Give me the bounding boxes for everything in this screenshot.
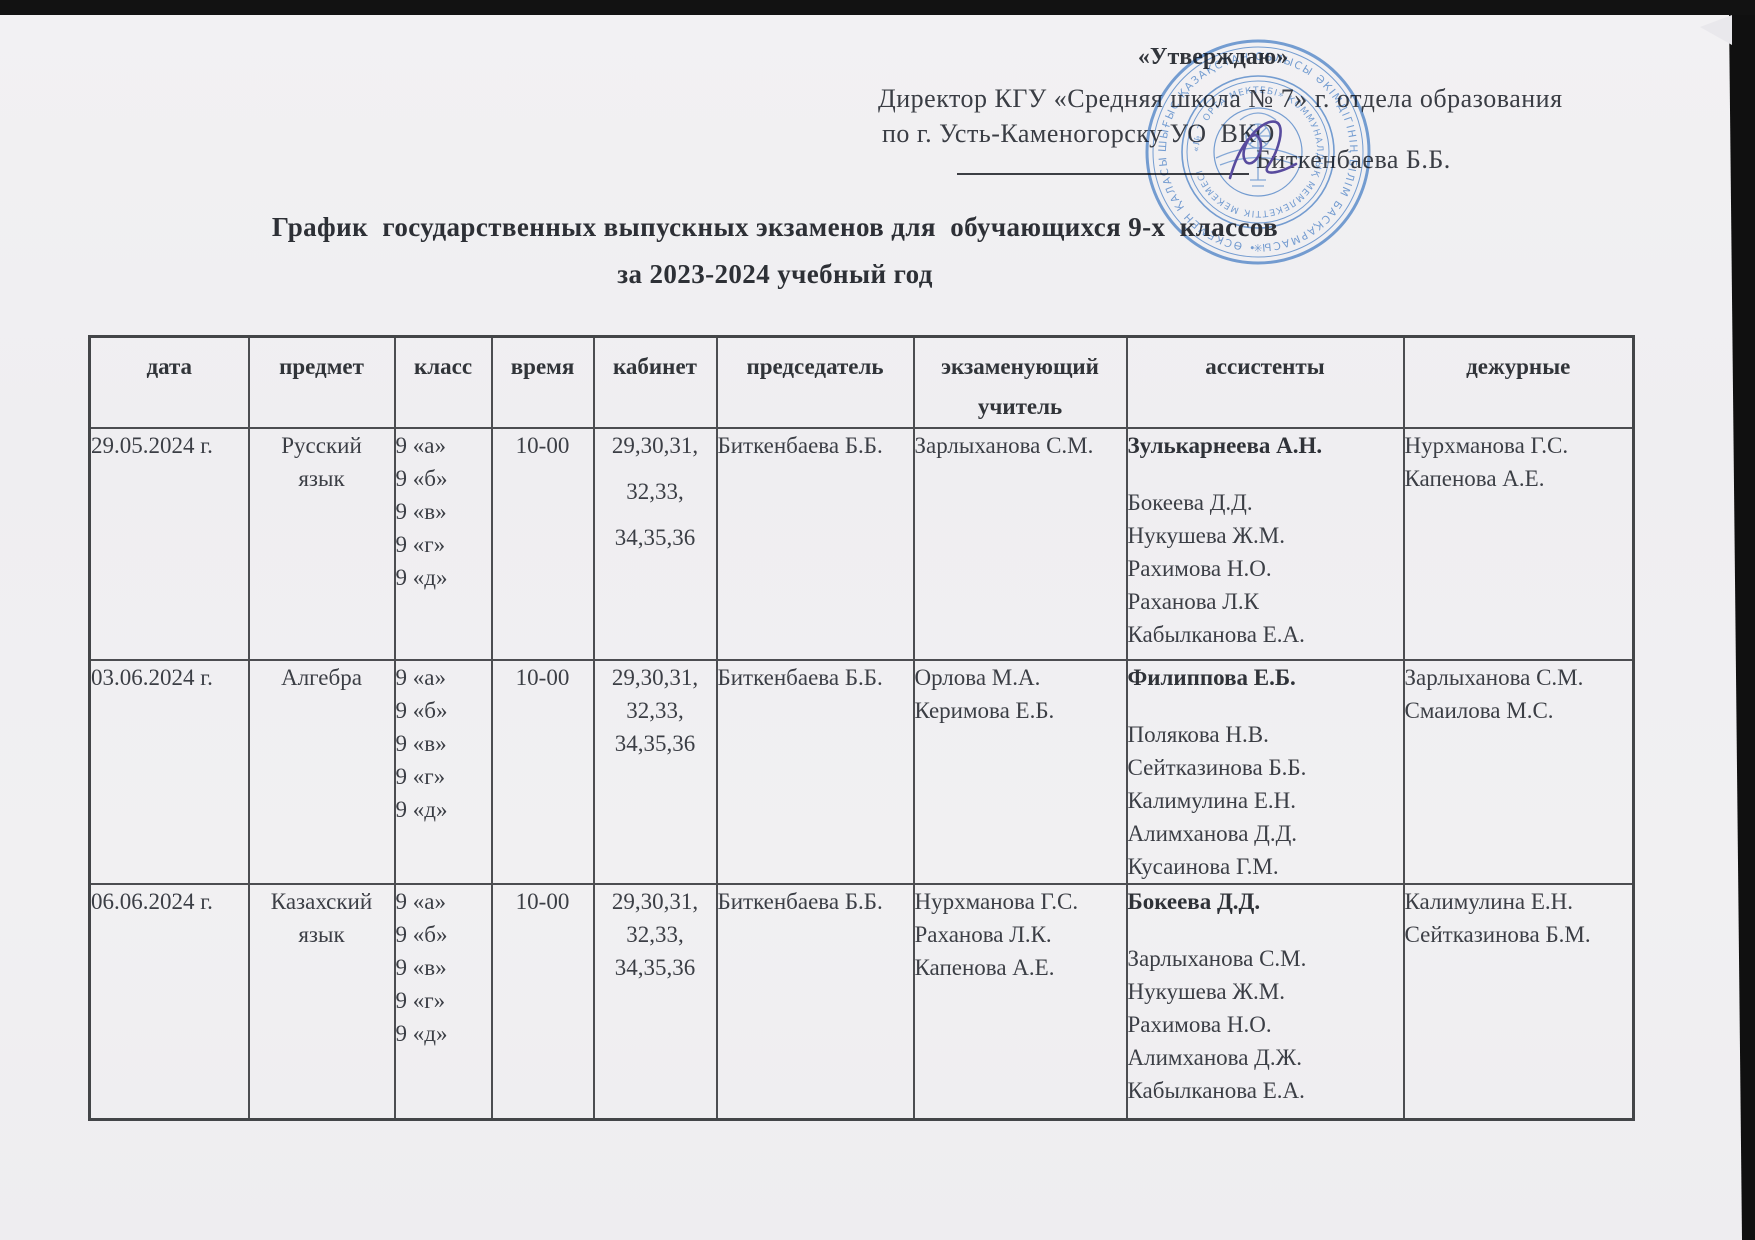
cell-text-line: Орлова М.А.: [915, 661, 1126, 694]
cell-text-line: 06.06.2024 г.: [91, 885, 248, 918]
cell-text-line: 9 «б»: [396, 694, 491, 727]
cell-text-line: Кусаинова Г.М.: [1128, 850, 1403, 883]
cell-assistants: Зулькарнеева А.Н.Бокеева Д.Д.Нукушева Ж.…: [1127, 428, 1404, 660]
col-header-date: дата: [90, 337, 249, 429]
cell-subject: Казахскийязык: [249, 884, 395, 1119]
cell-text-line: 9 «в»: [396, 727, 491, 760]
cell-text-line: 9 «б»: [396, 918, 491, 951]
cell-monitors: Калимулина Е.Н.Сейтказинова Б.М.: [1404, 884, 1634, 1119]
cell-text-line: 29,30,31,: [595, 661, 716, 694]
cell-text-line: Раханова Л.К: [1128, 585, 1403, 618]
col-header-time: время: [492, 337, 594, 429]
col-header-room: кабинет: [594, 337, 717, 429]
assistant-list: Зарлыханова С.М.Нукушева Ж.М.Рахимова Н.…: [1128, 942, 1403, 1107]
cell-monitors: Нурхманова Г.С.Капенова А.Е.: [1404, 428, 1634, 660]
cell-text-line: Полякова Н.В.: [1128, 718, 1403, 751]
cell-text-line: Нукушева Ж.М.: [1128, 519, 1403, 552]
cell-chair: Биткенбаева Б.Б.: [717, 428, 914, 660]
cell-text-line: 9 «д»: [396, 1017, 491, 1050]
approve-label: «Утверждаю»: [1063, 44, 1363, 71]
assistant-list: Полякова Н.В.Сейтказинова Б.Б.Калимулина…: [1128, 718, 1403, 883]
cell-text-line: Казахский: [250, 885, 394, 918]
cell-text-line: Алимханова Д.Д.: [1128, 817, 1403, 850]
cell-rooms: 29,30,31,32,33,34,35,36: [594, 428, 717, 660]
cell-text-line: 9 «д»: [396, 561, 491, 594]
cell-text-line: Биткенбаева Б.Б.: [718, 885, 913, 918]
scanner-edge-top: [0, 0, 1755, 15]
cell-text-line: 29,30,31,: [595, 429, 716, 462]
cell-text-line: Кабылканова Е.А.: [1128, 618, 1403, 651]
cell-text-line: Капенова А.Е.: [1405, 462, 1633, 495]
document-title: График государственных выпускных экзамен…: [25, 212, 1525, 243]
cell-text-line: 9 «в»: [396, 951, 491, 984]
scanned-exam-schedule-page: «Утверждаю» Директор КГУ «Средняя школа …: [0, 0, 1755, 1240]
cell-text-line: Раханова Л.К.: [915, 918, 1126, 951]
col-header-subject: предмет: [249, 337, 395, 429]
cell-text-line: Сейтказинова Б.М.: [1405, 918, 1633, 951]
cell-text-line: 10-00: [493, 429, 593, 462]
cell-text-line: Нукушева Ж.М.: [1128, 975, 1403, 1008]
cell-text-line: Калимулина Е.Н.: [1128, 784, 1403, 817]
cell-text-line: Капенова А.Е.: [915, 951, 1126, 984]
cell-text-line: 32,33,: [595, 694, 716, 727]
cell-text-line: 03.06.2024 г.: [91, 661, 248, 694]
col-header-examiner: экзаменующий учитель: [914, 337, 1127, 429]
signature-name: Биткенбаева Б.Б.: [1256, 145, 1451, 175]
cell-text-line: Бокеева Д.Д.: [1128, 885, 1403, 918]
cell-text-line: 9 «д»: [396, 793, 491, 826]
cell-class: 9 «а»9 «б»9 «в»9 «г»9 «д»: [395, 428, 492, 660]
cell-text-line: Рахимова Н.О.: [1128, 1008, 1403, 1041]
cell-rooms: 29,30,31,32,33,34,35,36: [594, 660, 717, 884]
cell-time: 10-00: [492, 428, 594, 660]
col-header-chair: председатель: [717, 337, 914, 429]
table-header: дата предмет класс время кабинет председ…: [90, 337, 1634, 429]
cell-text-line: 29,30,31,: [595, 885, 716, 918]
cell-text-line: 9 «а»: [396, 885, 491, 918]
cell-text-line: Кабылканова Е.А.: [1128, 1074, 1403, 1107]
cell-text-line: Калимулина Е.Н.: [1405, 885, 1633, 918]
cell-text-line: Зарлыханова С.М.: [1405, 661, 1633, 694]
cell-text-line: Керимова Е.Б.: [915, 694, 1126, 727]
cell-text-line: Нурхманова Г.С.: [1405, 429, 1633, 462]
cell-subject: Алгебра: [249, 660, 395, 884]
col-header-monitors: дежурные: [1404, 337, 1634, 429]
cell-subject: Русскийязык: [249, 428, 395, 660]
cell-text-line: 9 «г»: [396, 760, 491, 793]
cell-monitors: Зарлыханова С.М.Смаилова М.С.: [1404, 660, 1634, 884]
cell-text-line: 34,35,36: [595, 951, 716, 984]
cell-text-line: 10-00: [493, 885, 593, 918]
table-row: 03.06.2024 г.Алгебра9 «а»9 «б»9 «в»9 «г»…: [90, 660, 1634, 884]
document-subtitle: за 2023-2024 учебный год: [25, 259, 1525, 290]
cell-text-line: 9 «г»: [396, 528, 491, 561]
cell-text-line: 32,33,: [595, 918, 716, 951]
cell-class: 9 «а»9 «б»9 «в»9 «г»9 «д»: [395, 884, 492, 1119]
cell-date: 03.06.2024 г.: [90, 660, 249, 884]
cell-text-line: Зулькарнеева А.Н.: [1128, 429, 1403, 462]
cell-examiner: Орлова М.А.Керимова Е.Б.: [914, 660, 1127, 884]
cell-text-line: 32,33,: [595, 475, 716, 508]
exam-schedule-table: дата предмет класс время кабинет председ…: [88, 335, 1635, 1121]
cell-text-line: 34,35,36: [595, 521, 716, 554]
signature-row: Биткенбаева Б.Б.: [957, 145, 1451, 175]
col-header-class: класс: [395, 337, 492, 429]
table-row: 06.06.2024 г.Казахскийязык9 «а»9 «б»9 «в…: [90, 884, 1634, 1119]
director-line-1: Директор КГУ «Средняя школа № 7» г. отде…: [878, 84, 1563, 114]
cell-text-line: 34,35,36: [595, 727, 716, 760]
cell-text-line: язык: [250, 462, 394, 495]
cell-text-line: 10-00: [493, 661, 593, 694]
cell-text-line: Биткенбаева Б.Б.: [718, 429, 913, 462]
cell-text-line: 9 «в»: [396, 495, 491, 528]
table-row: 29.05.2024 г.Русскийязык9 «а»9 «б»9 «в»9…: [90, 428, 1634, 660]
cell-rooms: 29,30,31,32,33,34,35,36: [594, 884, 717, 1119]
title-block: График государственных выпускных экзамен…: [25, 212, 1525, 290]
cell-text-line: Бокеева Д.Д.: [1128, 486, 1403, 519]
cell-date: 06.06.2024 г.: [90, 884, 249, 1119]
cell-text-line: 9 «а»: [396, 661, 491, 694]
cell-text-line: Нурхманова Г.С.: [915, 885, 1126, 918]
cell-examiner: Нурхманова Г.С.Раханова Л.К.Капенова А.Е…: [914, 884, 1127, 1119]
cell-text-line: Биткенбаева Б.Б.: [718, 661, 913, 694]
cell-text-line: язык: [250, 918, 394, 951]
cell-class: 9 «а»9 «б»9 «в»9 «г»9 «д»: [395, 660, 492, 884]
cell-text-line: 9 «г»: [396, 984, 491, 1017]
cell-text-line: 9 «б»: [396, 462, 491, 495]
cell-text-line: Филиппова Е.Б.: [1128, 661, 1403, 694]
cell-examiner: Зарлыханова С.М.: [914, 428, 1127, 660]
cell-text-line: Рахимова Н.О.: [1128, 552, 1403, 585]
cell-time: 10-00: [492, 660, 594, 884]
cell-date: 29.05.2024 г.: [90, 428, 249, 660]
exam-table-body: 29.05.2024 г.Русскийязык9 «а»9 «б»9 «в»9…: [90, 428, 1634, 1119]
cell-chair: Биткенбаева Б.Б.: [717, 660, 914, 884]
cell-text-line: Алгебра: [250, 661, 394, 694]
cell-text-line: Алимханова Д.Ж.: [1128, 1041, 1403, 1074]
cell-text-line: Сейтказинова Б.Б.: [1128, 751, 1403, 784]
cell-text-line: Зарлыханова С.М.: [915, 429, 1126, 462]
header-row: дата предмет класс время кабинет председ…: [90, 337, 1634, 429]
cell-text-line: 9 «а»: [396, 429, 491, 462]
cell-chair: Биткенбаева Б.Б.: [717, 884, 914, 1119]
signature-line: [957, 147, 1249, 175]
cell-text-line: Русский: [250, 429, 394, 462]
cell-text-line: 29.05.2024 г.: [91, 429, 248, 462]
cell-assistants: Филиппова Е.Б.Полякова Н.В.Сейтказинова …: [1127, 660, 1404, 884]
col-header-assistants: ассистенты: [1127, 337, 1404, 429]
cell-assistants: Бокеева Д.Д.Зарлыханова С.М.Нукушева Ж.М…: [1127, 884, 1404, 1119]
cell-text-line: Зарлыханова С.М.: [1128, 942, 1403, 975]
cell-time: 10-00: [492, 884, 594, 1119]
assistant-list: Бокеева Д.Д.Нукушева Ж.М.Рахимова Н.О.Ра…: [1128, 486, 1403, 651]
cell-text-line: Смаилова М.С.: [1405, 694, 1633, 727]
